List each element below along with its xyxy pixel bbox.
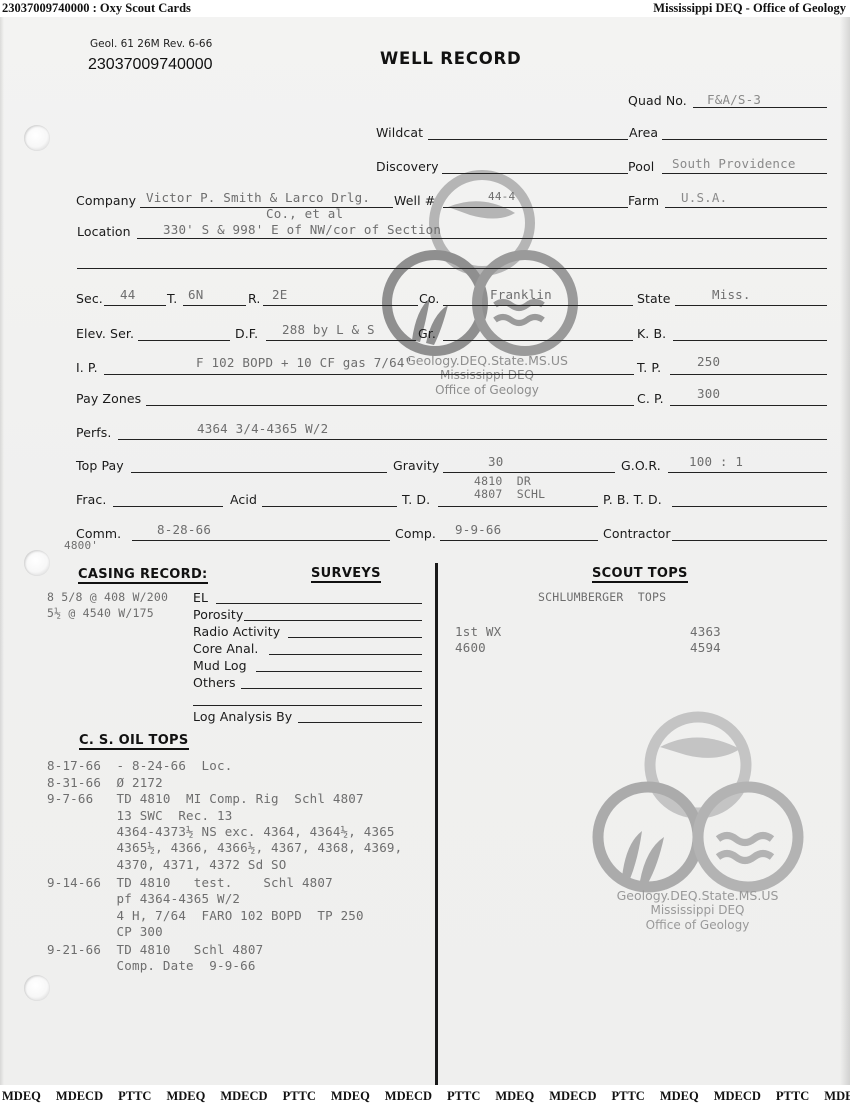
- scout-top-name: 1st WX: [455, 624, 501, 639]
- label-r: R.: [248, 291, 260, 306]
- scout-tops-heading: SCOUT TOPS: [592, 566, 688, 583]
- label-frac: Frac.: [76, 492, 106, 507]
- oil-tops-line: 8-17-66 - 8-24-66 Loc.: [47, 758, 232, 773]
- footer-item: MDEQ: [824, 1085, 850, 1105]
- label-area: Area: [629, 125, 658, 140]
- oil-tops-line: 4 H, 7/64 FARO 102 BOPD TP 250: [47, 908, 364, 923]
- agency-title: Mississippi DEQ - Office of Geology: [653, 0, 846, 17]
- oil-tops-line: pf 4364-4365 W/2: [47, 891, 240, 906]
- margin-note-depth: 4800': [64, 539, 98, 552]
- footer-agency-strip: MDEQMDECDPTTCMDEQMDECDPTTCMDEQMDECDPTTCM…: [0, 1085, 850, 1105]
- value-company: Victor P. Smith & Larco Drlg.: [146, 190, 370, 205]
- label-farm: Farm: [628, 193, 659, 208]
- footer-item: PTTC: [447, 1085, 480, 1105]
- casing-record-heading: CASING RECORD:: [78, 567, 208, 584]
- watermark-agency: Mississippi DEQ: [392, 368, 582, 382]
- value-quad-no: F&A/S-3: [707, 92, 761, 107]
- label-top-pay: Top Pay: [76, 458, 124, 473]
- label-well-no: Well #: [394, 193, 435, 208]
- oil-tops-line: 9-7-66 TD 4810 MI Comp. Rig Schl 4807: [47, 791, 364, 806]
- survey-log-analysis-by: Log Analysis By: [193, 709, 292, 724]
- survey-mud-log: Mud Log: [193, 658, 247, 673]
- label-t: T.: [167, 291, 177, 306]
- label-cp: C. P.: [637, 391, 664, 406]
- value-td-schl: 4807 SCHL: [474, 487, 545, 501]
- footer-item: PTTC: [283, 1085, 316, 1105]
- oil-tops-line: 4364-4373½ NS exc. 4364, 4364½, 4365: [47, 824, 395, 839]
- scan-edge-right: [840, 17, 850, 1085]
- oil-tops-line: 9-21-66 TD 4810 Schl 4807: [47, 942, 263, 957]
- form-number: Geol. 61 26M Rev. 6-66: [90, 38, 212, 50]
- value-sec: 44: [120, 287, 135, 302]
- punch-hole-icon: [24, 125, 50, 151]
- footer-item: PTTC: [611, 1085, 644, 1105]
- watermark-url: Geology.DEQ.State.MS.US: [595, 888, 800, 903]
- watermark-url: Geology.DEQ.State.MS.US: [392, 353, 582, 368]
- oil-tops-line: CP 300: [47, 924, 163, 939]
- label-comp: Comp.: [395, 526, 436, 541]
- label-kb: K. B.: [637, 326, 666, 341]
- value-comm: 8-28-66: [157, 522, 211, 537]
- mdeq-logo-watermark-icon: [590, 707, 805, 902]
- value-t: 6N: [188, 287, 203, 302]
- value-ip: F 102 BOPD + 10 CF gas 7/64": [196, 355, 412, 370]
- watermark-agency: Mississippi DEQ: [595, 903, 800, 917]
- value-df: 288 by L & S: [282, 322, 375, 337]
- label-sec: Sec.: [76, 291, 103, 306]
- value-location: 330' S & 998' E of NW/cor of Section: [163, 222, 441, 237]
- punch-hole-icon: [24, 550, 50, 576]
- form-title: WELL RECORD: [380, 49, 522, 68]
- label-acid: Acid: [230, 492, 257, 507]
- scout-top-value: 4594: [690, 640, 721, 655]
- value-well-no: 44-4: [488, 190, 515, 203]
- oil-tops-line: 4370, 4371, 4372 Sd SO: [47, 857, 287, 872]
- scout-top-value: 4363: [690, 624, 721, 639]
- value-farm: U.S.A.: [681, 190, 727, 205]
- value-r: 2E: [272, 287, 287, 302]
- record-title: 23037009740000 : Oxy Scout Cards: [2, 0, 191, 17]
- label-gr: Gr.: [418, 326, 436, 341]
- scout-card-scan: Geology.DEQ.State.MS.US Mississippi DEQ …: [0, 17, 850, 1085]
- oil-tops-line: 8-31-66 Ø 2172: [47, 775, 163, 790]
- value-pool: South Providence: [672, 156, 796, 171]
- label-perfs: Perfs.: [76, 425, 111, 440]
- survey-core-anal: Core Anal.: [193, 641, 258, 656]
- value-company-cont: Co., et al: [266, 206, 343, 221]
- label-df: D.F.: [235, 326, 258, 341]
- label-quad-no: Quad No.: [628, 93, 687, 108]
- footer-item: MDEQ: [2, 1085, 41, 1105]
- scout-top-name: 4600: [455, 640, 486, 655]
- label-elev-ser: Elev. Ser.: [76, 326, 134, 341]
- watermark-office: Office of Geology: [595, 918, 800, 932]
- footer-item: PTTC: [118, 1085, 151, 1105]
- page-header: 23037009740000 : Oxy Scout Cards Mississ…: [0, 0, 850, 17]
- casing-entry: 8 5/8 @ 408 W/200: [47, 590, 168, 604]
- value-perfs: 4364 3/4-4365 W/2: [197, 421, 328, 436]
- value-td-driller: 4810 DR: [474, 474, 531, 488]
- footer-item: MDECD: [220, 1085, 267, 1105]
- value-gravity: 30: [488, 454, 503, 469]
- label-pay-zones: Pay Zones: [76, 391, 141, 406]
- label-county: Co.: [419, 291, 439, 306]
- survey-porosity: Porosity: [193, 607, 243, 622]
- watermark-office: Office of Geology: [392, 383, 582, 397]
- value-tp: 250: [697, 354, 720, 369]
- surveys-heading: SURVEYS: [311, 566, 381, 583]
- survey-others: Others: [193, 675, 236, 690]
- footer-item: MDEQ: [660, 1085, 699, 1105]
- casing-entry: 5½ @ 4540 W/175: [47, 606, 154, 620]
- value-comp: 9-9-66: [455, 522, 501, 537]
- value-gor: 100 : 1: [689, 454, 743, 469]
- label-pbtd: P. B. T. D.: [603, 492, 662, 507]
- label-ip: I. P.: [76, 360, 98, 375]
- footer-item: MDECD: [56, 1085, 103, 1105]
- column-divider: [435, 563, 438, 1085]
- oil-tops-line: 13 SWC Rec. 13: [47, 808, 232, 823]
- label-gravity: Gravity: [393, 458, 439, 473]
- footer-item: MDECD: [714, 1085, 761, 1105]
- label-tp: T. P.: [637, 360, 661, 375]
- oil-tops-line: 9-14-66 TD 4810 test. Schl 4807: [47, 875, 333, 890]
- footer-item: MDEQ: [495, 1085, 534, 1105]
- scout-tops-subheading: SCHLUMBERGER TOPS: [538, 590, 666, 604]
- api-well-number: 23037009740000: [88, 56, 213, 74]
- label-gor: G.O.R.: [621, 458, 661, 473]
- label-wildcat: Wildcat: [376, 125, 423, 140]
- label-state: State: [637, 291, 671, 306]
- footer-item: MDECD: [385, 1085, 432, 1105]
- footer-item: MDECD: [549, 1085, 596, 1105]
- value-state: Miss.: [712, 287, 751, 302]
- scan-edge-left: [0, 17, 4, 1085]
- survey-radio-activity: Radio Activity: [193, 624, 280, 639]
- label-company: Company: [76, 193, 136, 208]
- punch-hole-icon: [24, 975, 50, 1001]
- cs-oil-tops-heading: C. S. OIL TOPS: [79, 733, 189, 750]
- oil-tops-line: Comp. Date 9-9-66: [47, 958, 256, 973]
- label-pool: Pool: [628, 159, 654, 174]
- label-contractor: Contractor: [603, 526, 671, 541]
- survey-el: EL: [193, 590, 208, 605]
- label-location: Location: [77, 224, 131, 239]
- footer-item: MDEQ: [331, 1085, 370, 1105]
- oil-tops-line: 4365½, 4366, 4366½, 4367, 4368, 4369,: [47, 840, 402, 855]
- label-discovery: Discovery: [376, 159, 439, 174]
- footer-item: PTTC: [776, 1085, 809, 1105]
- label-td: T. D.: [402, 492, 430, 507]
- value-cp: 300: [697, 386, 720, 401]
- value-county: Franklin: [490, 287, 552, 302]
- footer-item: MDEQ: [166, 1085, 205, 1105]
